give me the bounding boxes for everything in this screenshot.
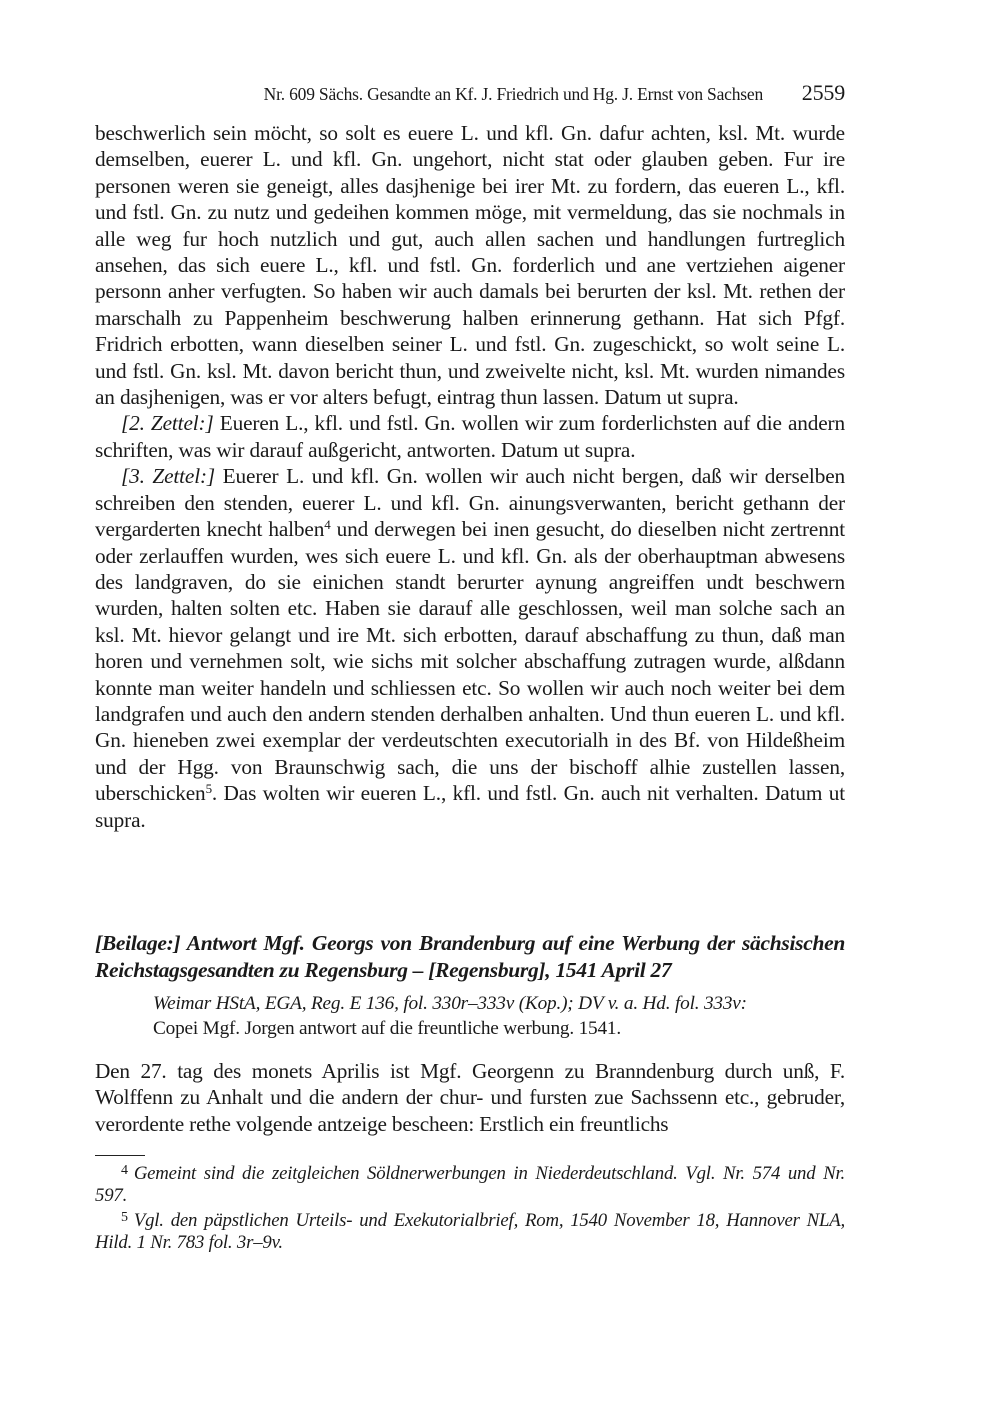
running-head-title: Nr. 609 Sächs. Gesandte an Kf. J. Friedr… bbox=[264, 84, 763, 105]
source-archive-reference: Weimar HStA, EGA, Reg. E 136, fol. 330r–… bbox=[153, 991, 845, 1016]
source-dorsal-note: Copei Mgf. Jorgen antwort auf die freunt… bbox=[153, 1016, 845, 1041]
letter-body: beschwerlich sein möcht, so solt es euer… bbox=[95, 120, 845, 833]
enclosure-text: Den 27. tag des monets Aprilis ist Mgf. … bbox=[95, 1058, 845, 1137]
page-number: 2559 bbox=[802, 80, 845, 106]
footnote-4: 4Gemeint sind die zeitgleichen Söldnerwe… bbox=[95, 1160, 845, 1207]
footnote-text: Vgl. den päpstlichen Urteils- und Exekut… bbox=[95, 1210, 845, 1253]
enclosure-heading: [Beilage:] Antwort Mgf. Georgs von Brand… bbox=[95, 930, 845, 984]
running-head: Nr. 609 Sächs. Gesandte an Kf. J. Friedr… bbox=[95, 80, 845, 108]
paragraph-zettel-2: [2. Zettel:] Eueren L., kfl. und fstl. G… bbox=[95, 410, 845, 463]
paragraph-1: beschwerlich sein möcht, so solt es euer… bbox=[95, 120, 845, 410]
paragraph-zettel-3: [3. Zettel:] Euerer L. und kfl. Gn. woll… bbox=[95, 463, 845, 833]
footnote-5: 5Vgl. den päpstlichen Urteils- und Exeku… bbox=[95, 1207, 845, 1254]
footnote-number: 5 bbox=[95, 1210, 134, 1225]
footnote-text: Gemeint sind die zeitgleichen Söldnerwer… bbox=[95, 1163, 845, 1206]
zettel-3-text-b: und derwegen bei inen gesucht, do diesel… bbox=[95, 517, 845, 805]
footnote-divider bbox=[95, 1155, 145, 1156]
zettel-2-label: [2. Zettel:] bbox=[121, 411, 214, 435]
source-citation: Weimar HStA, EGA, Reg. E 136, fol. 330r–… bbox=[153, 991, 845, 1041]
footnote-number: 4 bbox=[95, 1163, 134, 1178]
footnotes: 4Gemeint sind die zeitgleichen Söldnerwe… bbox=[95, 1160, 845, 1254]
zettel-3-label: [3. Zettel:] bbox=[121, 464, 215, 488]
